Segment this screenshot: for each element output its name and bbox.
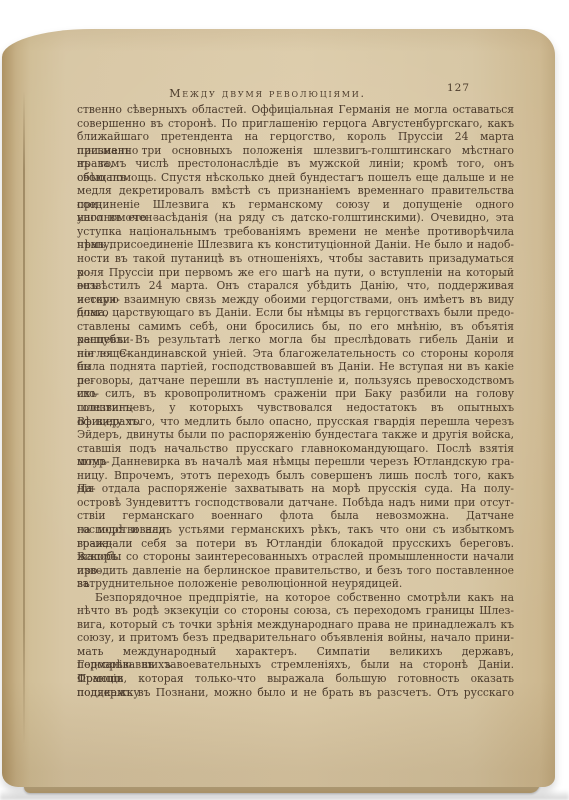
text-line: на морѣ и надъ устьями германскихъ рѣкъ,… — [77, 523, 514, 537]
text-line: Въ виду того, что медлить было опасно, п… — [77, 415, 514, 429]
text-line: канцевъ. Въ результатѣ легко могла бы пр… — [77, 333, 514, 347]
text-line: ставшія подъ начальство прусскаго главно… — [77, 442, 514, 456]
running-head-title: Между двумя революціями. — [169, 87, 366, 100]
text-line: ности въ такой путаницѣ въ отношеніяхъ, … — [77, 252, 514, 266]
text-line: соединеніе Шлезвига къ германскому союзу… — [77, 198, 514, 212]
text-line: ставлены самимъ себѣ, они бросились бы, … — [77, 320, 514, 334]
text-line: Франціи, которая только-что выражала бол… — [77, 672, 514, 686]
photo-background: Между двумя революціями. 127 ственно сѣв… — [0, 0, 569, 800]
body-text: ственно сѣверныхъ областей. Оффиціальная… — [77, 103, 514, 699]
text-line: изводить давленіе на берлинское правител… — [77, 564, 514, 578]
text-line: нѣчто въ родѣ экзекуціи со стороны союза… — [77, 604, 514, 618]
text-line: возвѣстилъ 24 марта. Онъ старался убѣдит… — [77, 279, 514, 293]
text-line: чѣмъ присоединеніе Шлезвига къ конституц… — [77, 238, 514, 252]
text-line: ственно сѣверныхъ областей. Оффиціальная… — [77, 103, 514, 117]
running-head: Между двумя революціями. 127 — [77, 82, 514, 95]
text-line: ницу. Впрочемъ, этотъ переходъ былъ сове… — [77, 469, 514, 483]
text-line: Германію въ завоевательныхъ стремленіяхъ… — [77, 658, 514, 672]
text-line: совершенно въ сторонѣ. По приглашенію ге… — [77, 117, 514, 131]
text-line: ближайшаго претендента на герцогство, ко… — [77, 130, 514, 144]
text-line: призналъ три основныхъ положенія шлезвиг… — [77, 144, 514, 158]
text-line: свою помощь. Спустя нѣсколько дней бунде… — [77, 171, 514, 185]
text-line: была поднята партіей, господствовавшей в… — [77, 360, 514, 374]
text-line: ніе ея Скандинавской уніей. Эта благожел… — [77, 347, 514, 361]
text-line: мать международный характеръ. Симпатіи в… — [77, 645, 514, 659]
text-line: ческую взаимную связь между обоими герцо… — [77, 293, 514, 307]
page-number: 127 — [447, 82, 470, 95]
text-line: реговоры, датчане перешли въ наступленіе… — [77, 374, 514, 388]
text-line: ствіи германскаго военнаго флота была не… — [77, 509, 514, 523]
text-line: ихъ силъ, въ кровопролитномъ сраженіи пр… — [77, 387, 514, 401]
book-page: Между двумя революціями. 127 ственно сѣв… — [2, 29, 555, 787]
text-line: граждали себя за потери въ Ютландіи блок… — [77, 537, 514, 551]
page-content: Между двумя революціями. 127 ственно сѣв… — [77, 82, 514, 699]
text-line: Безпорядочное предпріятіе, на которое со… — [77, 591, 514, 605]
text-line: дома, царствующаго въ Даніи. Если бы нѣм… — [77, 306, 514, 320]
text-line: союзу, и притомъ безъ предварительнаго о… — [77, 631, 514, 645]
text-line: нія отдала распоряженіе захватывать на м… — [77, 482, 514, 496]
text-line: голштинцевъ, у которыхъ чувствовался нед… — [77, 401, 514, 415]
text-line: момъ Данневирка въ началѣ мая нѣмцы пере… — [77, 455, 514, 469]
text-line: островѣ Зундевиттъ господствовали датчан… — [77, 496, 514, 510]
gutter-crease-line — [23, 91, 25, 745]
text-line: жалобы со стороны заинтересованныхъ отра… — [77, 550, 514, 564]
text-line: въ томъ числѣ престолонаслѣдіе въ мужско… — [77, 157, 514, 171]
text-line: медля декретировалъ вмѣстѣ съ признаніем… — [77, 184, 514, 198]
text-line: уступка національнымъ требованіямъ време… — [77, 225, 514, 239]
text-line: наго въ его засѣданія (на ряду съ датско… — [77, 211, 514, 225]
text-line: Эйдеръ, двинуты были по распоряженію бун… — [77, 428, 514, 442]
text-line: полякамъ въ Познани, можно было и не бра… — [77, 686, 514, 700]
text-line: вига, который съ точки зрѣнія международ… — [77, 618, 514, 632]
text-line: затруднительное положеніе революціонной … — [77, 577, 514, 591]
text-line: роля Пруссіи при первомъ же его шагѣ на … — [77, 266, 514, 280]
